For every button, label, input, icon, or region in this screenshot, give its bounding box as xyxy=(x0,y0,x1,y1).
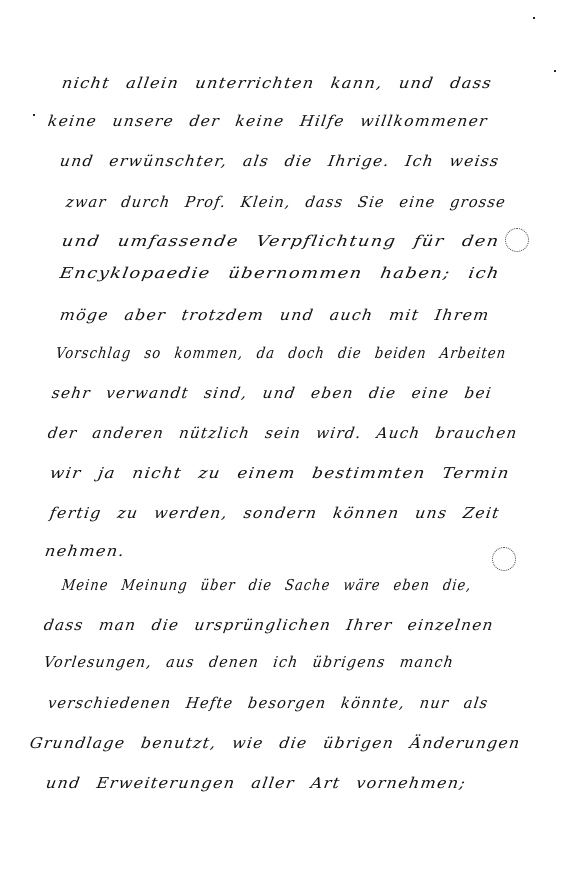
handwritten-line: nehmen. xyxy=(44,542,127,560)
handwritten-line: nicht allein unterrichten kann, und dass xyxy=(61,74,494,92)
handwritten-line: und Erweiterungen aller Art vornehmen; xyxy=(45,774,468,792)
margin-dot xyxy=(554,70,556,72)
handwritten-line: Encyklopaedie übernommen haben; ich xyxy=(58,264,501,282)
punch-hole-upper xyxy=(505,228,529,252)
handwritten-line: Vorlesungen, aus denen ich übrigens manc… xyxy=(43,653,455,671)
handwritten-line: sehr verwandt sind, und eben die eine be… xyxy=(51,384,494,402)
handwritten-line: fertig zu werden, sondern können uns Zei… xyxy=(49,504,502,522)
handwritten-line: wir ja nicht zu einem bestimmten Termin xyxy=(49,464,512,482)
handwritten-line: und umfassende Verpflichtung für den xyxy=(61,232,502,250)
margin-dot xyxy=(533,17,535,19)
handwritten-line: und erwünschter, als die Ihrige. Ich wei… xyxy=(59,152,501,170)
handwritten-line: keine unsere der keine Hilfe willkommene… xyxy=(47,112,489,130)
handwritten-line: Meine Meinung über die Sache wäre eben d… xyxy=(61,576,473,594)
handwritten-line: der anderen nützlich sein wird. Auch bra… xyxy=(47,424,519,442)
handwritten-line: Grundlage benutzt, wie die übrigen Änder… xyxy=(29,734,522,752)
handwritten-line: dass man die ursprünglichen Ihrer einzel… xyxy=(43,616,495,634)
handwritten-line: zwar durch Prof. Klein, dass Sie eine gr… xyxy=(65,193,508,211)
punch-hole-lower xyxy=(492,547,516,571)
handwritten-line: möge aber trotzdem und auch mit Ihrem xyxy=(59,306,491,324)
handwritten-line: verschiedenen Hefte besorgen könnte, nur… xyxy=(47,694,490,712)
margin-dot xyxy=(33,114,35,116)
handwritten-line: Vorschlag so kommen, da doch die beiden … xyxy=(55,344,508,362)
letter-page: nicht allein unterrichten kann, und dass… xyxy=(0,0,569,889)
